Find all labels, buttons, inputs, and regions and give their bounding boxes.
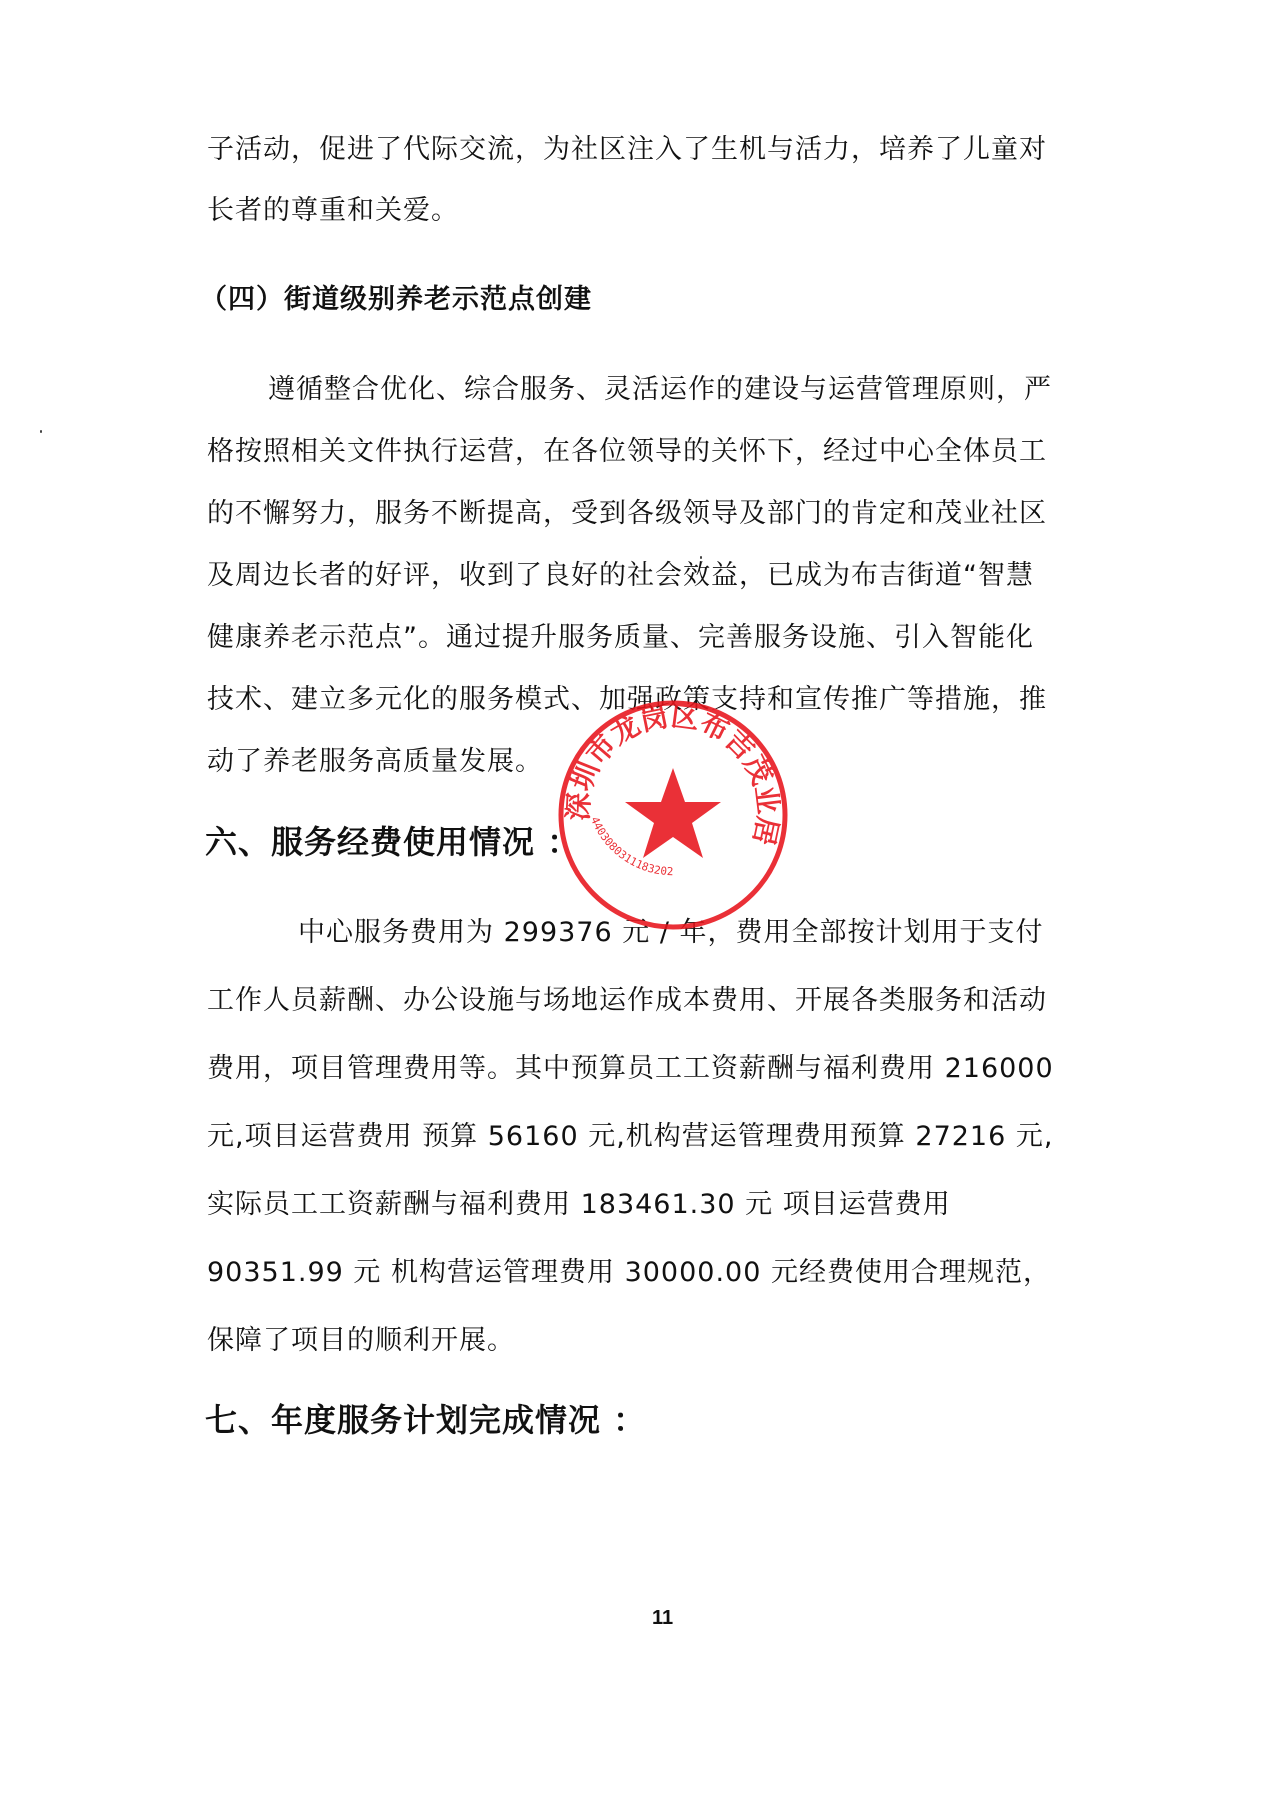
page-number: 11 [652,1607,673,1630]
body-text-line: 实际员工工资薪酬与福利费用 183461.30 元 项目运营费用 [207,1187,951,1223]
body-text-line: 遵循整合优化、综合服务、灵活运作的建设与运营管理原则，严 [268,372,1052,408]
body-text-line: 90351.99 元 机构营运管理费用 30000.00 元经费使用合理规范， [207,1255,1051,1291]
body-text-line: 动了养老服务高质量发展。 [207,744,543,780]
body-text-line: 子活动，促进了代际交流，为社区注入了生机与活力，培养了儿童对 [207,132,1047,168]
section-heading: 七、年度服务计划完成情况 ： [205,1400,646,1440]
official-seal-stamp-icon: 深圳市龙岗区布吉茂业居家养老服务中心 4403080311183202 [548,690,798,940]
document-page: 子活动，促进了代际交流，为社区注入了生机与活力，培养了儿童对 长者的尊重和关爱。… [0,0,1271,1800]
body-text-line: 长者的尊重和关爱。 [207,193,459,229]
body-text-line: 技术、建立多元化的服务模式、加强政策支持和宣传推广等措施，推 [207,682,1047,718]
body-text-line: 费用，项目管理费用等。其中预算员工工资薪酬与福利费用 216000 [207,1051,1054,1087]
section-heading: 六、服务经费使用情况 ： [205,822,580,862]
body-text-line: 的不懈努力，服务不断提高，受到各级领导及部门的肯定和茂业社区 [207,496,1047,532]
subsection-heading: （四）街道级别养老示范点创建 [200,282,592,318]
body-text-line: 工作人员薪酬、办公设施与场地运作成本费用、开展各类服务和活动 [207,983,1047,1019]
svg-text:4403080311183202: 4403080311183202 [588,815,674,878]
body-text-line: 元,项目运营费用 预算 56160 元,机构营运管理费用预算 27216 元, [207,1119,1053,1155]
body-text-line: 格按照相关文件执行运营，在各位领导的关怀下，经过中心全体员工 [207,434,1047,470]
scan-speck [40,430,42,433]
scan-speck [700,556,702,559]
body-text-line: 健康养老示范点”。通过提升服务质量、完善服务设施、引入智能化 [207,620,1034,656]
body-text-line: 及周边长者的好评，收到了良好的社会效益，已成为布吉街道“智慧 [207,558,1034,594]
body-text-line: 保障了项目的顺利开展。 [207,1323,515,1359]
body-text-line: 中心服务费用为 299376 元 / 年，费用全部按计划用于支付 [298,915,1044,951]
